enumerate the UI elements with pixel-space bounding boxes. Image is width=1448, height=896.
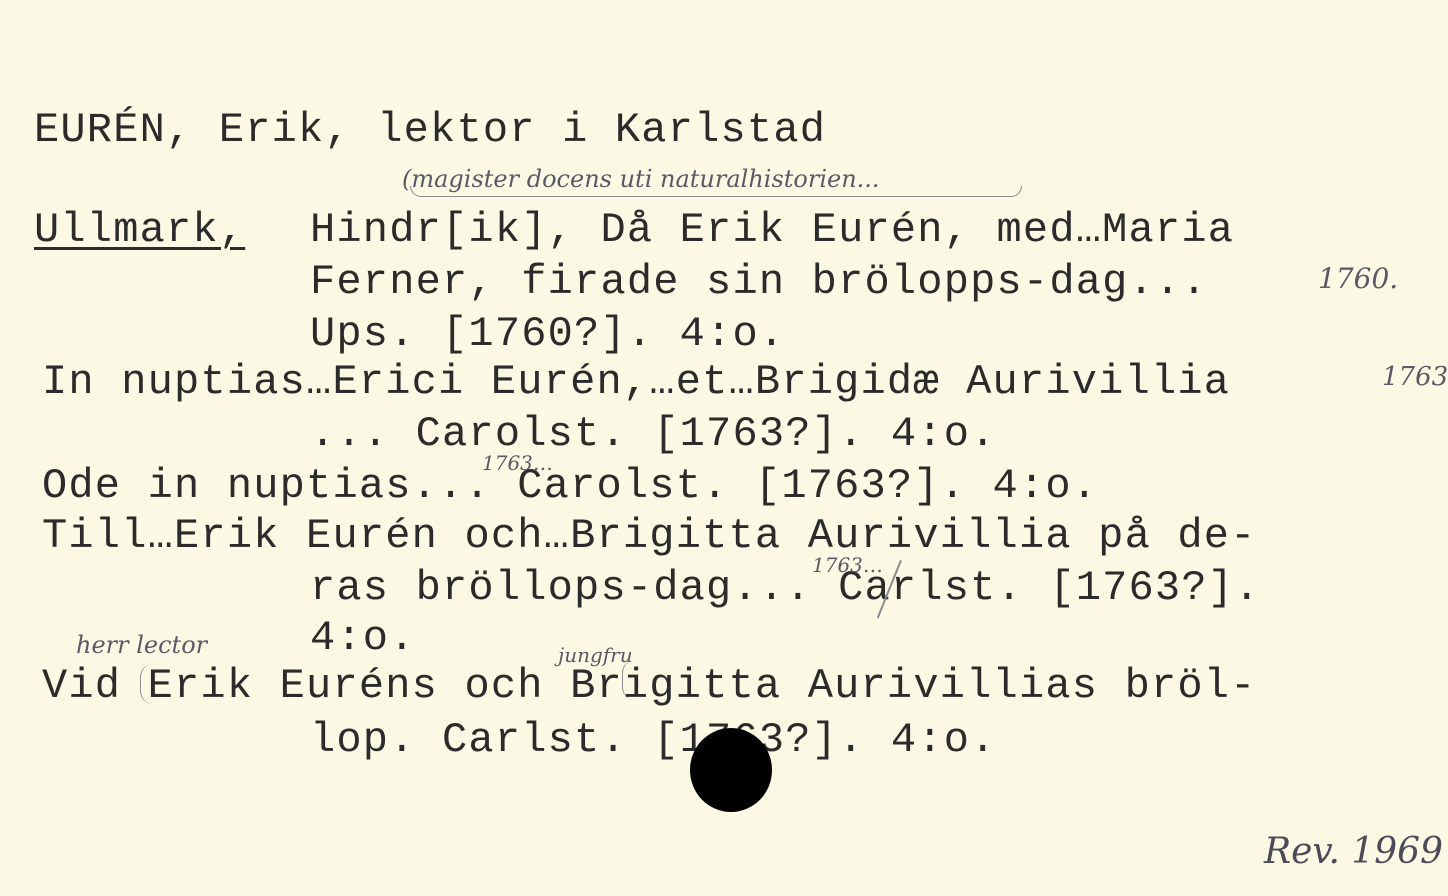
margin-note-year: 1760. xyxy=(1318,266,1398,292)
handwritten-note: herr lector xyxy=(76,632,207,658)
entry-line: In nuptias…Erici Eurén,…et…Brigidæ Auriv… xyxy=(42,358,1230,406)
entry-line: Hindr[ik], Då Erik Eurén, med…Maria xyxy=(310,206,1234,254)
card-heading: EURÉN, Erik, lektor i Karlstad xyxy=(34,106,826,154)
inline-note-year: 1763… xyxy=(812,552,883,578)
entry-line: Ups. [1760?]. 4:o. xyxy=(310,310,785,358)
entry-line: ras bröllops-dag... Carlst. [1763?]. xyxy=(310,564,1261,612)
entry-line: Till…Erik Eurén och…Brigitta Aurivillia … xyxy=(42,512,1257,560)
revision-note: Rev. 1969 xyxy=(1264,832,1443,872)
entry-author: Ullmark, xyxy=(34,206,245,254)
annotation-brace xyxy=(410,186,1022,197)
entry-line: Ferner, firade sin brölopps-dag... xyxy=(310,258,1208,306)
entry-line: Ode in nuptias... Carolst. [1763?]. 4:o. xyxy=(42,462,1098,510)
entry-line: 4:o. xyxy=(310,614,416,662)
entry-line: ... Carolst. [1763?]. 4:o. xyxy=(310,410,997,458)
inline-note-year: 1763… xyxy=(482,450,553,476)
punch-hole xyxy=(690,728,772,812)
entry-line: Vid Erik Euréns och Brigitta Aurivillias… xyxy=(42,662,1257,710)
margin-note-year: 1763. xyxy=(1382,364,1448,390)
entry-line: lop. Carlst. [1763?]. 4:o. xyxy=(310,716,997,764)
catalog-card: EURÉN, Erik, lektor i Karlstad (magister… xyxy=(0,0,1448,896)
